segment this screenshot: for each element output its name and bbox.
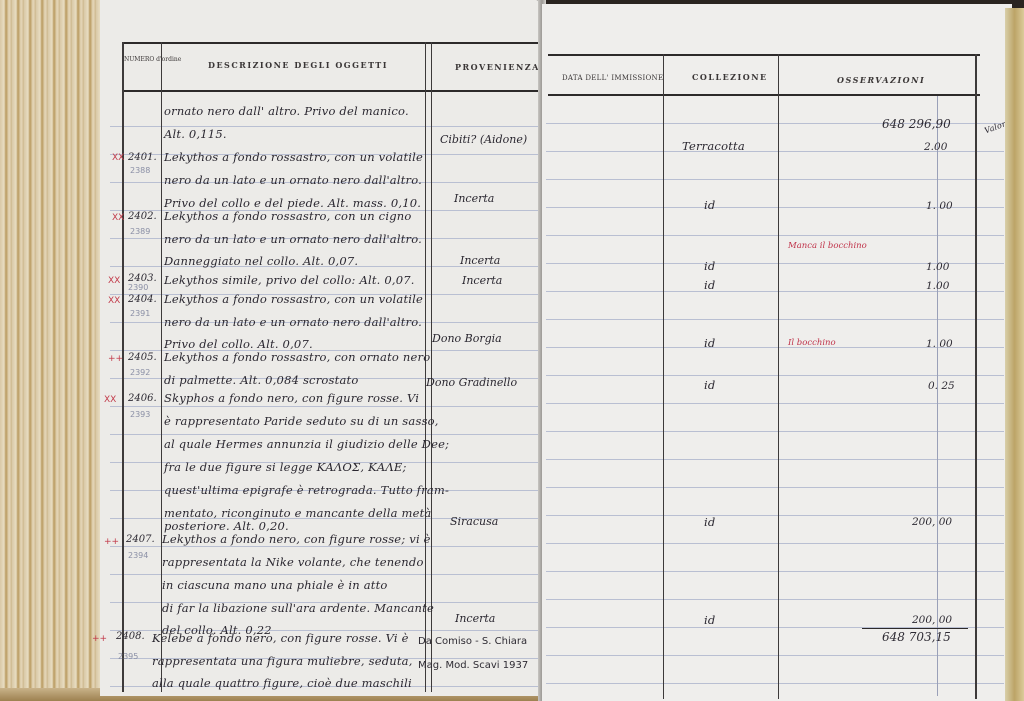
entry-line: ornato nero dall' altro. Privo del manic… (164, 104, 409, 118)
old-number: 2388 (130, 166, 150, 175)
provenienza: Incerta (462, 274, 502, 287)
entry-line: posteriore. Alt. 0,20. (164, 519, 289, 533)
entry-line: nero da un lato e un ornato nero dall'al… (164, 315, 422, 329)
entry-number: 2407. (126, 534, 155, 545)
collezione-value: id (704, 278, 715, 292)
amount: 1.00 (926, 261, 949, 273)
header-bottom-rule (548, 94, 980, 96)
column-divider (161, 42, 162, 692)
header-bottom-rule (122, 90, 540, 92)
old-number: 2393 (130, 410, 150, 419)
old-number: 2389 (130, 227, 150, 236)
left-page: NUMERO d'ordine DESCRIZIONE DEGLI OGGETT… (100, 0, 542, 696)
entry-number: 2402. (128, 211, 157, 222)
right-page: DATA DELL' IMMISSIONE COLLEZIONE OSSERVA… (542, 4, 1012, 701)
entry-line: Lekythos a fondo rossastro, con un volat… (164, 292, 423, 306)
column-divider (431, 42, 432, 692)
entry-line: rappresentata una figura muliebre, sedut… (152, 654, 413, 668)
entry-line: rappresentata la Nike volante, che tenen… (162, 555, 424, 569)
entry-number: 2404. (128, 294, 157, 305)
entry-line: Alt. 0,115. (164, 127, 227, 141)
left-frame-line (122, 42, 124, 692)
provenienza: Siracusa (450, 515, 498, 528)
entry-line: Lekythos simile, privo del collo: Alt. 0… (164, 273, 415, 287)
red-mark: XX (112, 153, 124, 163)
entry-line: Lekythos a fondo nero, con figure rosse;… (162, 532, 431, 546)
red-mark: ++ (92, 634, 107, 644)
header-osservazioni: OSSERVAZIONI (837, 75, 925, 85)
old-number: 2390 (128, 283, 148, 292)
old-number: 2395 (118, 652, 138, 661)
book-right-edge (1005, 8, 1024, 701)
header-top-rule (548, 54, 980, 56)
amount: 200, 00 (912, 614, 952, 626)
ruled-lines (546, 96, 1004, 696)
entry-line: Lekythos a fondo rossastro, con un volat… (164, 150, 423, 164)
column-divider (663, 54, 664, 699)
column-divider (778, 54, 779, 699)
red-note: Manca il bocchino (788, 241, 867, 251)
red-mark: XX (108, 296, 120, 306)
entry-number: 2406. (128, 393, 157, 404)
entry-line: Danneggiato nel collo. Alt. 0,07. (164, 254, 358, 268)
carried-forward-total: 648 296,90 (882, 117, 951, 131)
red-mark: XX (112, 213, 124, 223)
collezione-value: id (704, 259, 715, 273)
amount: 2.00 (924, 141, 947, 153)
entry-line: mentato, riconginuto e mancante della me… (164, 506, 432, 520)
amount-column-divider (937, 96, 938, 696)
amount: 1. 00 (926, 338, 953, 350)
entry-line: nero da un lato e un ornato nero dall'al… (164, 232, 422, 246)
entry-line: fra le due figure si legge ΚΑΛΟΣ, ΚΑΛΕ; (164, 460, 407, 474)
entry-line: nero da un lato e un ornato nero dall'al… (164, 173, 422, 187)
entry-line: alla quale quattro figure, cioè due masc… (152, 676, 412, 690)
red-mark: ++ (108, 354, 123, 364)
provenienza: Da Comiso - S. Chiara Mag. Mod. Scavi 19… (418, 630, 538, 678)
collezione-value: id (704, 613, 715, 627)
header-provenienza: PROVENIENZA (455, 62, 540, 72)
old-number: 2391 (130, 309, 150, 318)
collezione-value: id (704, 336, 715, 350)
red-mark: ++ (104, 537, 119, 547)
collezione-value: id (704, 198, 715, 212)
amount: 1.00 (926, 280, 949, 292)
header-collezione: COLLEZIONE (692, 72, 768, 82)
entry-line: Lekythos a fondo rossastro, con un cigno (164, 209, 412, 223)
page-total: 648 703,15 (882, 630, 951, 644)
entry-line: Kelebe a fondo nero, con figure rosse. V… (152, 631, 409, 645)
column-divider (425, 42, 426, 692)
right-frame-line (975, 54, 977, 699)
entry-line: è rappresentato Paride seduto su di un s… (164, 414, 439, 428)
entry-line: al quale Hermes annunzia il giudizio del… (164, 437, 449, 451)
sum-rule (862, 628, 968, 629)
collezione-value: Terracotta (682, 139, 745, 153)
old-number: 2394 (128, 551, 148, 560)
header-data-immissione: DATA DELL' IMMISSIONE (562, 74, 663, 82)
old-number: 2392 (130, 368, 150, 377)
provenienza: Dono Borgia (432, 332, 502, 345)
provenienza: Incerta (455, 612, 495, 625)
header-descrizione: DESCRIZIONE DEGLI OGGETTI (208, 60, 388, 70)
provenienza: Cibiti? (Aidone) (440, 133, 527, 146)
entry-number: 2405. (128, 352, 157, 363)
entry-number: 2408. (116, 631, 145, 642)
amount: 1. 00 (926, 200, 953, 212)
book-page-edges (0, 0, 112, 701)
provenienza: Incerta (460, 254, 500, 267)
collezione-value: id (704, 515, 715, 529)
collezione-value: id (704, 378, 715, 392)
amount: 0. 25 (928, 380, 955, 392)
header-top-rule (122, 42, 540, 44)
amount: 200, 00 (912, 516, 952, 528)
entry-line: quest'ultima epigrafe è retrograda. Tutt… (164, 483, 449, 497)
red-mark: XX (108, 276, 120, 286)
entry-line: Skyphos a fondo nero, con figure rosse. … (164, 391, 419, 405)
entry-number: 2401. (128, 152, 157, 163)
entry-line: Lekythos a fondo rossastro, con ornato n… (164, 350, 430, 364)
entry-line: di far la libazione sull'ara ardente. Ma… (162, 601, 434, 615)
red-mark: XX (104, 395, 116, 405)
entry-line: in ciascuna mano una phiale è in atto (162, 578, 388, 592)
red-note: Il bocchino (788, 338, 836, 348)
entry-line: di palmette. Alt. 0,084 scrostato (164, 373, 358, 387)
entry-line: Privo del collo e del piede. Alt. mass. … (164, 196, 421, 210)
header-numero: NUMERO d'ordine (124, 55, 160, 64)
provenienza: Dono Gradinello (426, 376, 517, 389)
entry-line: Privo del collo. Alt. 0,07. (164, 337, 313, 351)
provenienza: Incerta (454, 192, 494, 205)
